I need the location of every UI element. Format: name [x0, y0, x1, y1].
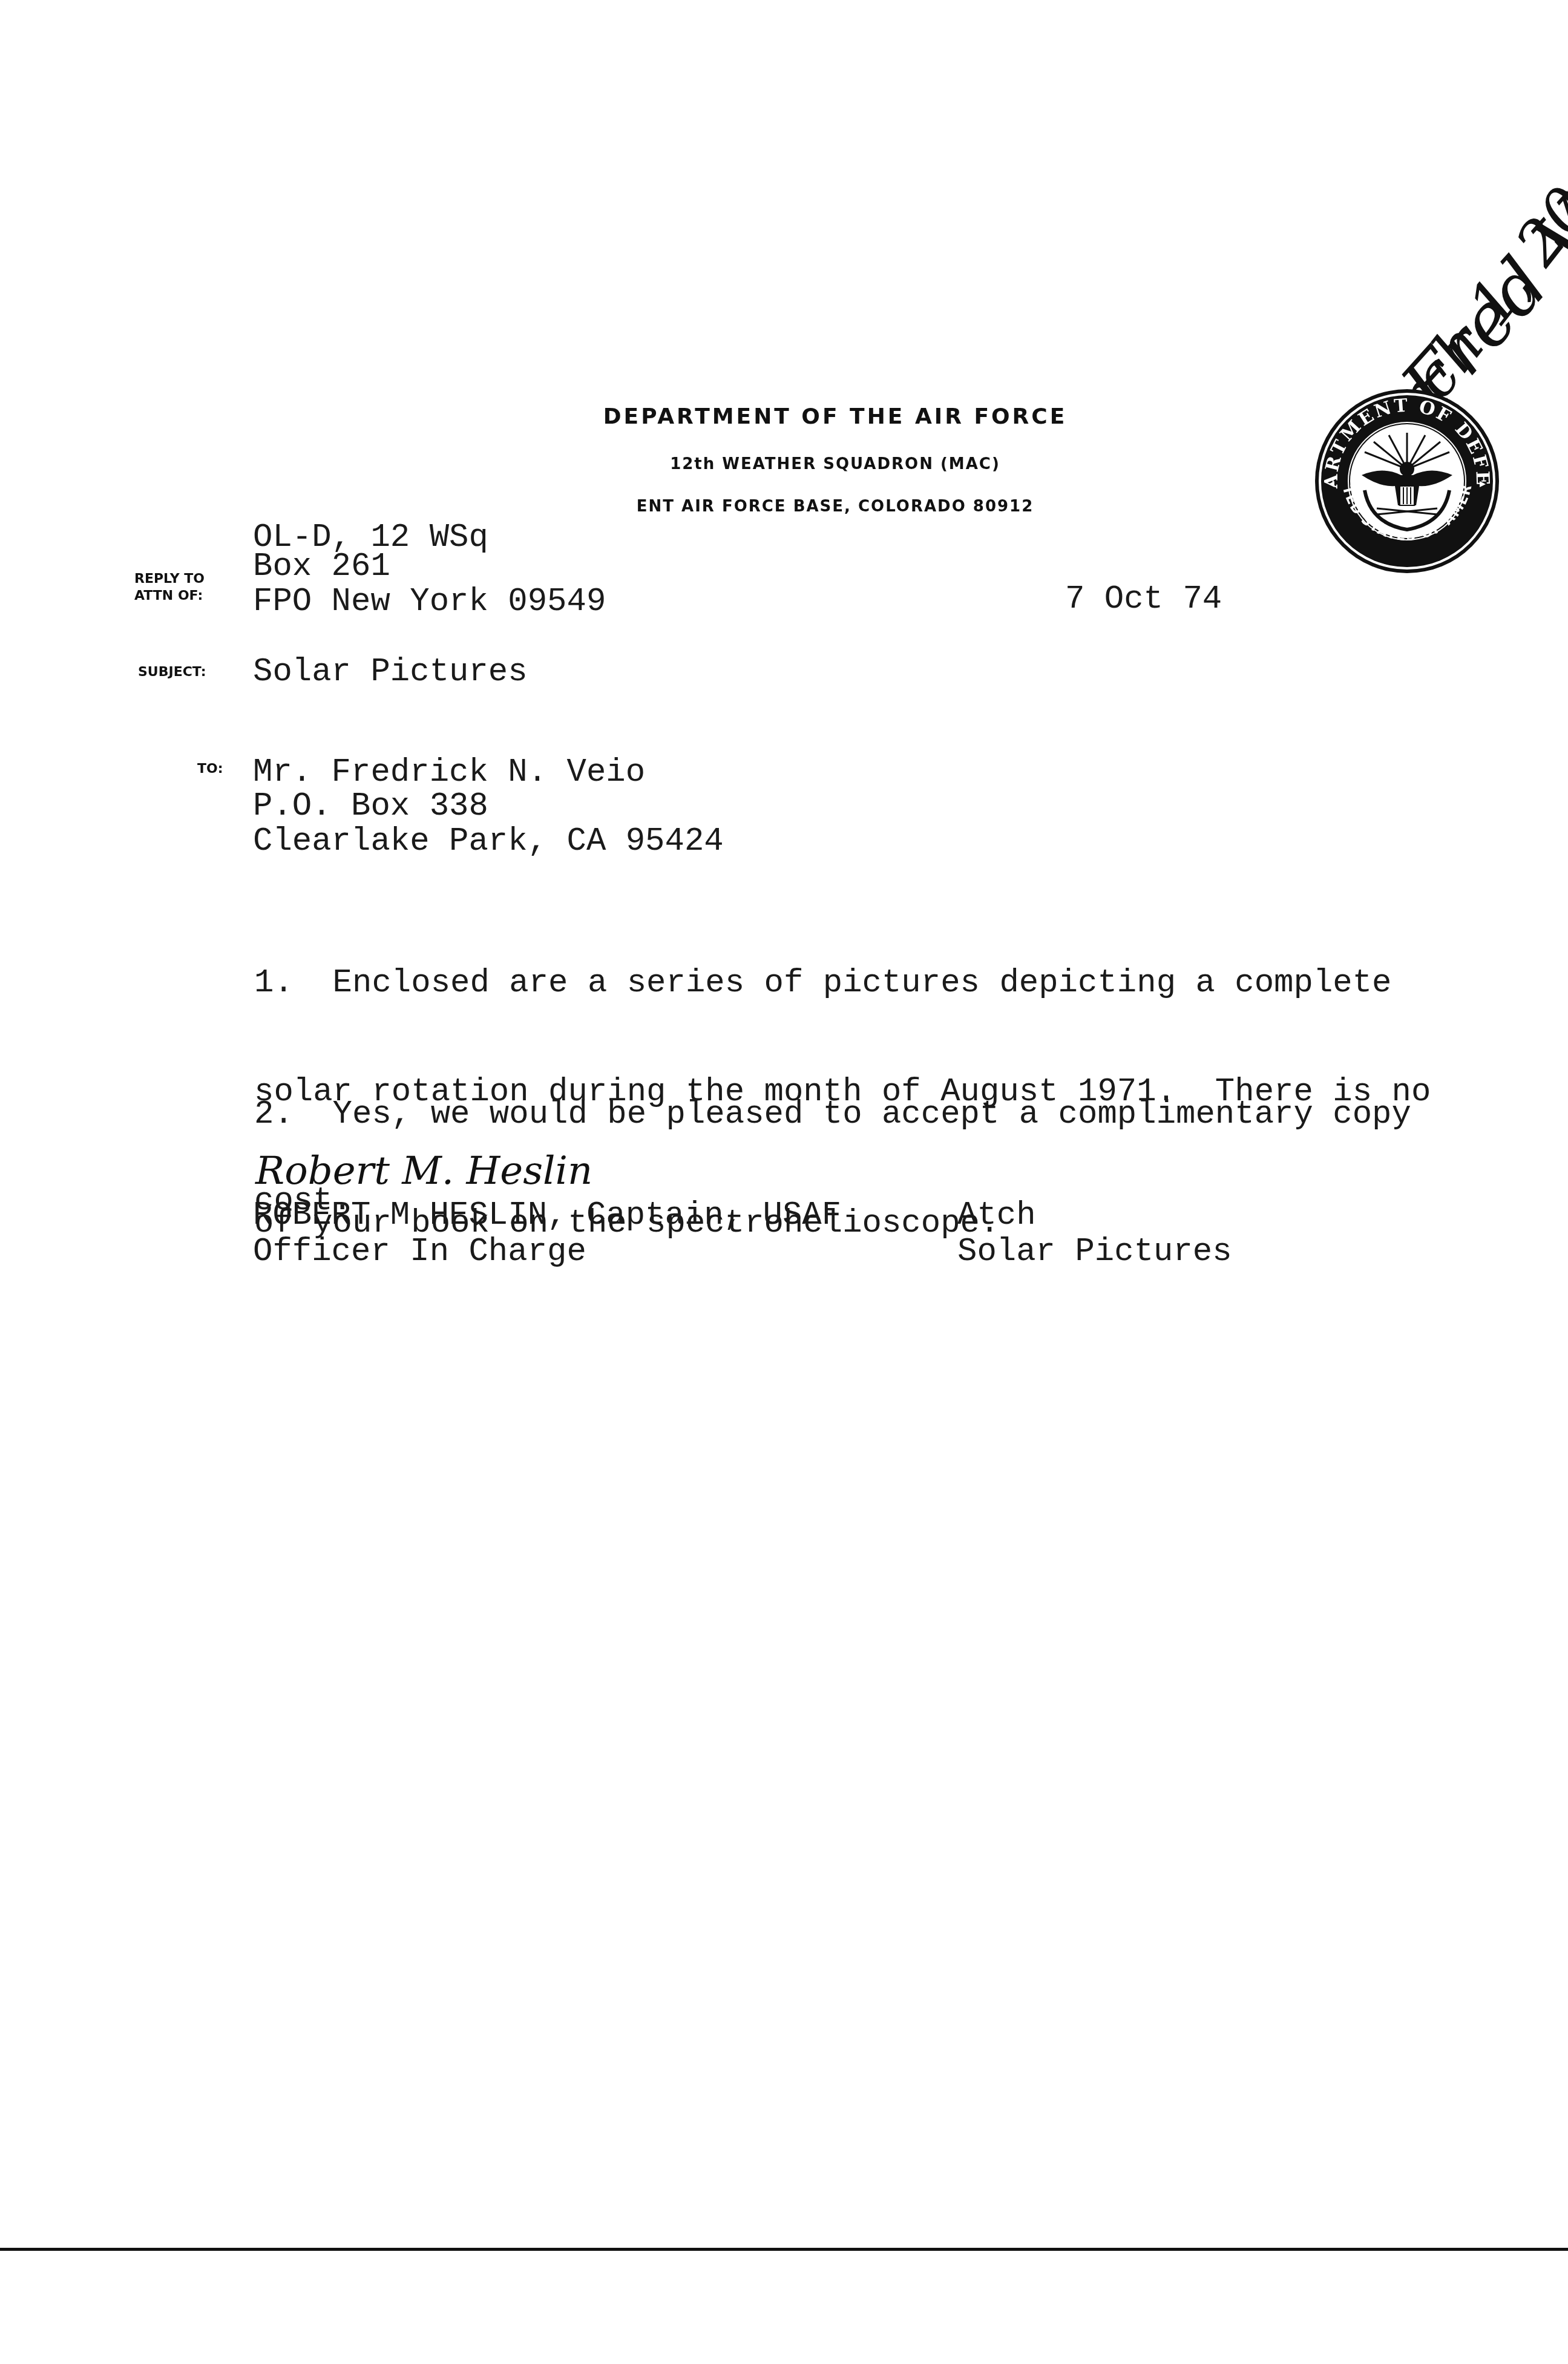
to-label: TO:: [197, 761, 223, 777]
reply-to-line-3: FPO New York 09549: [253, 585, 606, 620]
letterhead-department: DEPARTMENT OF THE AIR FORCE: [569, 404, 1101, 429]
signature-name: ROBERT M HESLIN, Captain, USAF: [253, 1198, 841, 1233]
to-line-1: Mr. Fredrick N. Veio: [253, 755, 645, 790]
reply-to-line-2: Box 261: [253, 550, 390, 585]
bottom-rule: [0, 2248, 1568, 2251]
attn-of-label: ATTN OF:: [134, 588, 203, 604]
to-line-3: Clearlake Park, CA 95424: [253, 824, 724, 859]
dod-seal: DEPARTMENT OF DEFENSE UNITED STATES OF A…: [1310, 384, 1504, 578]
to-line-2: P.O. Box 338: [253, 789, 488, 824]
letterhead-unit: 12th WEATHER SQUADRON (MAC): [605, 455, 1065, 473]
subject-value: Solar Pictures: [253, 655, 528, 690]
subject-label: SUBJECT:: [138, 665, 206, 680]
letter-date: 7 Oct 74: [1065, 582, 1222, 617]
reply-to-label: REPLY TO: [134, 571, 205, 587]
attachment-item: Solar Pictures: [957, 1235, 1232, 1270]
seal-icon: DEPARTMENT OF DEFENSE UNITED STATES OF A…: [1310, 384, 1504, 578]
paragraph-1-line-1: 1. Enclosed are a series of pictures dep…: [254, 965, 1431, 1002]
handwritten-signature: Robert M. Heslin: [255, 1147, 592, 1195]
letterhead-base: ENT AIR FORCE BASE, COLORADO 80912: [605, 497, 1065, 516]
paragraph-2-line-1: 2. Yes, we would be pleased to accept a …: [254, 1097, 1411, 1133]
signature-title: Officer In Charge: [253, 1235, 586, 1270]
attachment-label: Atch: [957, 1198, 1036, 1233]
